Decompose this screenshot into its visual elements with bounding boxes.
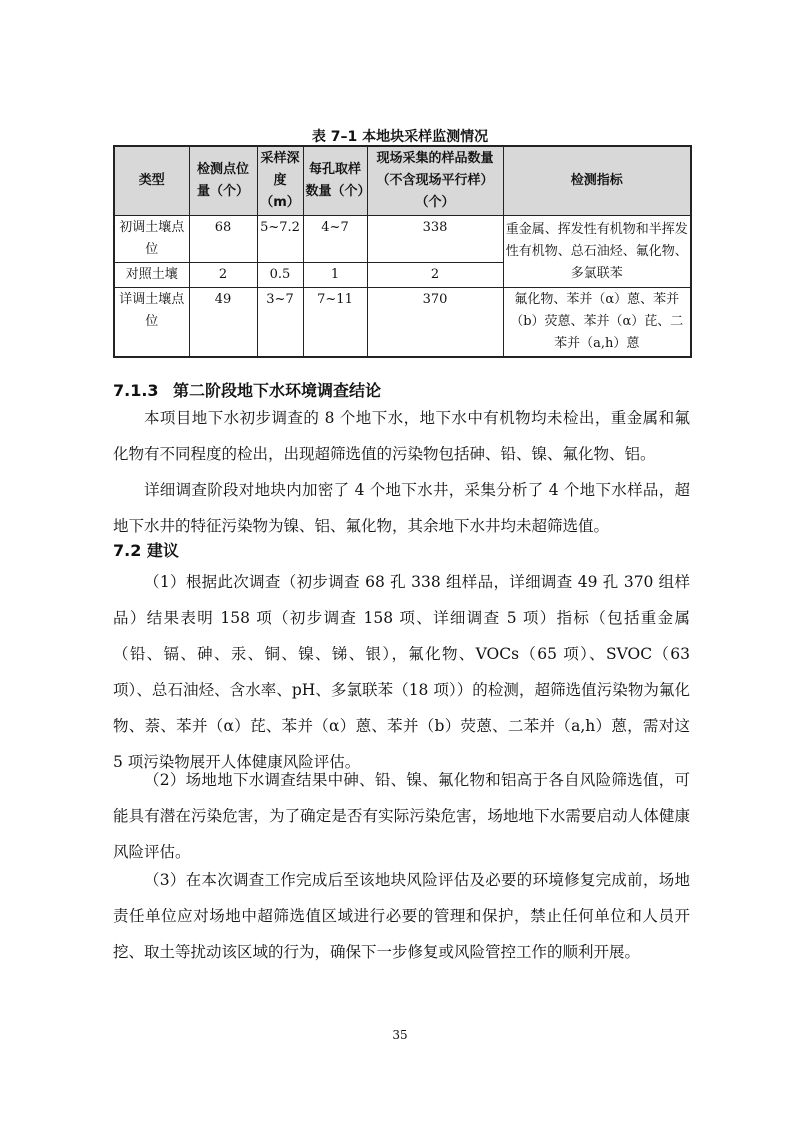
section-number: 7.1.3 bbox=[113, 381, 173, 400]
cell-samples: 370 bbox=[367, 288, 503, 358]
cell-per-hole: 4~7 bbox=[303, 216, 367, 263]
cell-samples: 2 bbox=[367, 263, 503, 288]
cell-indicators: 重金属、挥发性有机物和半挥发性有机物、总石油烃、氟化物、多氯联苯 bbox=[503, 216, 691, 288]
cell-type: 详调土壤点位 bbox=[114, 288, 189, 358]
paragraph: （2）场地地下水调查结果中砷、铅、镍、氟化物和铝高于各自风险筛选值，可能具有潜在… bbox=[113, 762, 690, 870]
cell-type: 对照土壤 bbox=[114, 263, 189, 288]
cell-depth: 5~7.2 bbox=[257, 216, 303, 263]
header-samples: 现场采集的样品数量（不含现场平行样）（个） bbox=[367, 146, 503, 216]
paragraph: （1）根据此次调查（初步调查 68 孔 338 组样品，详细调查 49 孔 37… bbox=[113, 564, 690, 780]
cell-depth: 0.5 bbox=[257, 263, 303, 288]
cell-type: 初调土壤点位 bbox=[114, 216, 189, 263]
header-indicators: 检测指标 bbox=[503, 146, 691, 216]
cell-depth: 3~7 bbox=[257, 288, 303, 358]
cell-samples: 338 bbox=[367, 216, 503, 263]
cell-points: 68 bbox=[189, 216, 257, 263]
paragraph: 详细调查阶段对地块内加密了 4 个地下水井，采集分析了 4 个地下水样品，超地下… bbox=[113, 472, 690, 544]
cell-points: 2 bbox=[189, 263, 257, 288]
section-title: 第二阶段地下水环境调查结论 bbox=[173, 381, 381, 400]
paragraph: 本项目地下水初步调查的 8 个地下水，地下水中有机物均未检出，重金属和氟化物有不… bbox=[113, 400, 690, 472]
table-row: 初调土壤点位 68 5~7.2 4~7 338 重金属、挥发性有机物和半挥发性有… bbox=[114, 216, 691, 263]
paragraph: （3）在本次调查工作完成后至该地块风险评估及必要的环境修复完成前，场地责任单位应… bbox=[113, 862, 690, 970]
page-number: 35 bbox=[0, 1028, 800, 1042]
table-row: 详调土壤点位 49 3~7 7~11 370 氟化物、苯并（α）蒽、苯并（b）荧… bbox=[114, 288, 691, 358]
table-caption: 表 7–1 本地块采样监测情况 bbox=[0, 126, 800, 146]
header-depth: 采样深度（m） bbox=[257, 146, 303, 216]
cell-per-hole: 7~11 bbox=[303, 288, 367, 358]
table-header-row: 类型 检测点位量（个） 采样深度（m） 每孔取样数量（个） 现场采集的样品数量（… bbox=[114, 146, 691, 216]
cell-indicators: 氟化物、苯并（α）蒽、苯并（b）荧蒽、苯并（α）芘、二苯并（a,h）蒽 bbox=[503, 288, 691, 358]
section-heading-7-2: 7.2 建议 bbox=[113, 538, 179, 561]
section-heading-7-1-3: 7.1.3第二阶段地下水环境调查结论 bbox=[113, 378, 381, 401]
header-points: 检测点位量（个） bbox=[189, 146, 257, 216]
header-type: 类型 bbox=[114, 146, 189, 216]
cell-points: 49 bbox=[189, 288, 257, 358]
header-per-hole: 每孔取样数量（个） bbox=[303, 146, 367, 216]
sampling-table: 类型 检测点位量（个） 采样深度（m） 每孔取样数量（个） 现场采集的样品数量（… bbox=[113, 145, 692, 358]
cell-per-hole: 1 bbox=[303, 263, 367, 288]
